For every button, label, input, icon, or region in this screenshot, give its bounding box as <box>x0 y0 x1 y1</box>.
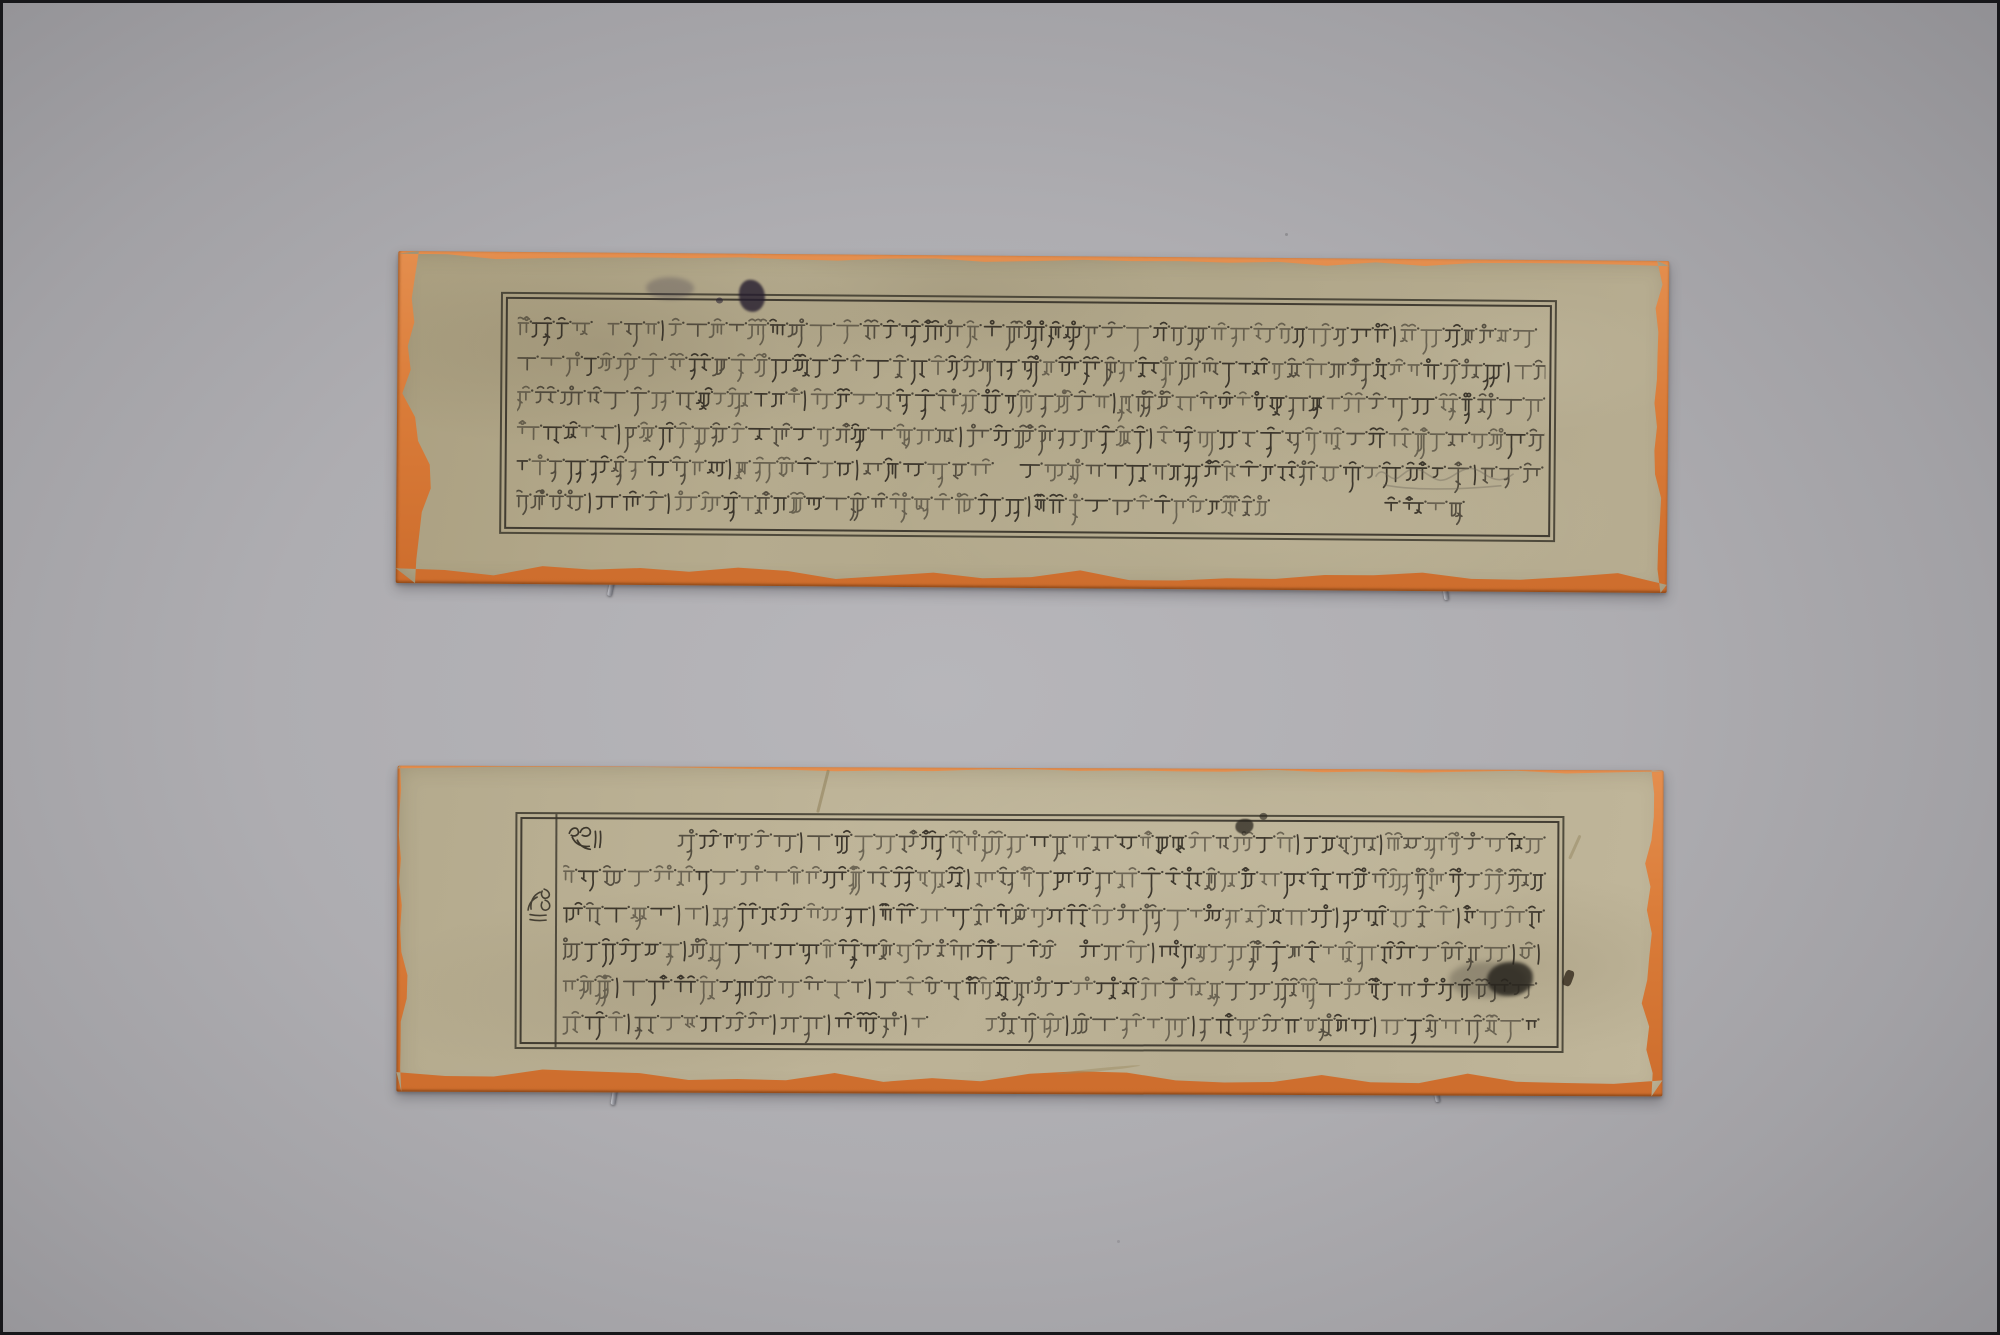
text-block <box>563 826 1549 1046</box>
ink-speck <box>1259 813 1267 820</box>
manuscript-leaf-top <box>396 251 1670 593</box>
text-line <box>563 972 1548 1010</box>
text-line <box>563 1008 1548 1046</box>
photograph-background <box>0 0 2000 1335</box>
margin-volume-mark <box>527 885 553 929</box>
ink-smudge <box>646 277 694 299</box>
text-line <box>563 935 1548 973</box>
ink-blot <box>1487 962 1533 996</box>
text-line <box>563 826 1548 864</box>
ink-blot <box>739 280 765 312</box>
text-line <box>563 899 1548 937</box>
dust-speck <box>1285 233 1288 236</box>
text-line <box>563 863 1548 901</box>
manuscript-leaf-bottom <box>396 766 1663 1097</box>
text-block <box>516 314 1546 534</box>
ink-speck <box>716 298 723 304</box>
pencil-scrawl <box>1371 455 1541 496</box>
margin-column-rule <box>517 814 558 1047</box>
dust-speck <box>1117 1240 1120 1243</box>
